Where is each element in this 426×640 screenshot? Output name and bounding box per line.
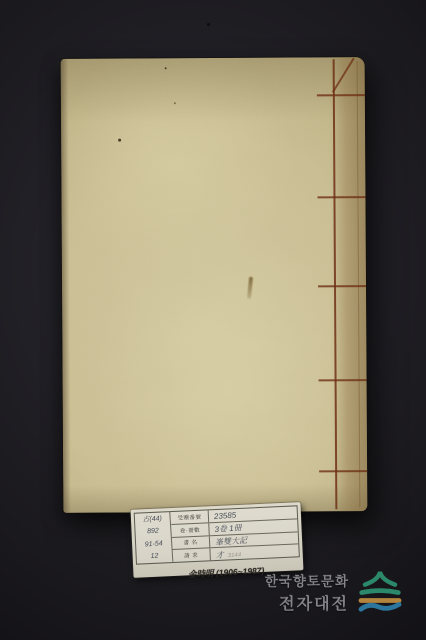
binding-stitch	[317, 196, 365, 198]
call-number-line: 古(44)	[142, 515, 162, 523]
mountain-water-logo-icon	[356, 568, 404, 614]
call-number-line: 892	[147, 528, 159, 536]
label-field: 受贈番號	[171, 510, 209, 523]
cover-speck	[174, 102, 176, 104]
label-grid: 古(44) 892 91-54 12 受贈番號 23585 卷·冊數 3卷 1冊…	[134, 505, 300, 564]
label-field: 卷·冊數	[171, 523, 209, 536]
binding-stitch	[317, 94, 365, 96]
cover-stain	[247, 277, 253, 299]
label-rows: 受贈番號 23585 卷·冊數 3卷 1冊 書 名 峯雙大記 請 求 才3144	[171, 506, 299, 562]
cover-speck	[118, 139, 121, 142]
label-field: 書 名	[172, 536, 210, 549]
call-number-line: 91-54	[145, 540, 163, 548]
binding-stitch	[318, 285, 366, 287]
watermark-text-line1: 한국향토문화	[265, 570, 349, 590]
pencil-note: 3144	[228, 552, 242, 559]
binding-stitch	[319, 470, 367, 472]
watermark-text: 한국향토문화 전자대전	[265, 570, 349, 614]
photo-background: 古(44) 892 91-54 12 受贈番號 23585 卷·冊數 3卷 1冊…	[0, 0, 426, 640]
watermark-text-line2: 전자대전	[265, 591, 349, 614]
call-number-column: 古(44) 892 91-54 12	[134, 512, 173, 564]
call-number-line: 12	[150, 553, 158, 560]
cover-speck	[165, 67, 167, 69]
watermark-logo: 한국향토문화 전자대전	[265, 568, 404, 614]
background-speck	[207, 23, 210, 26]
binding-stitch	[319, 379, 367, 381]
label-field: 請 求	[172, 549, 210, 562]
book-cover	[61, 57, 368, 513]
